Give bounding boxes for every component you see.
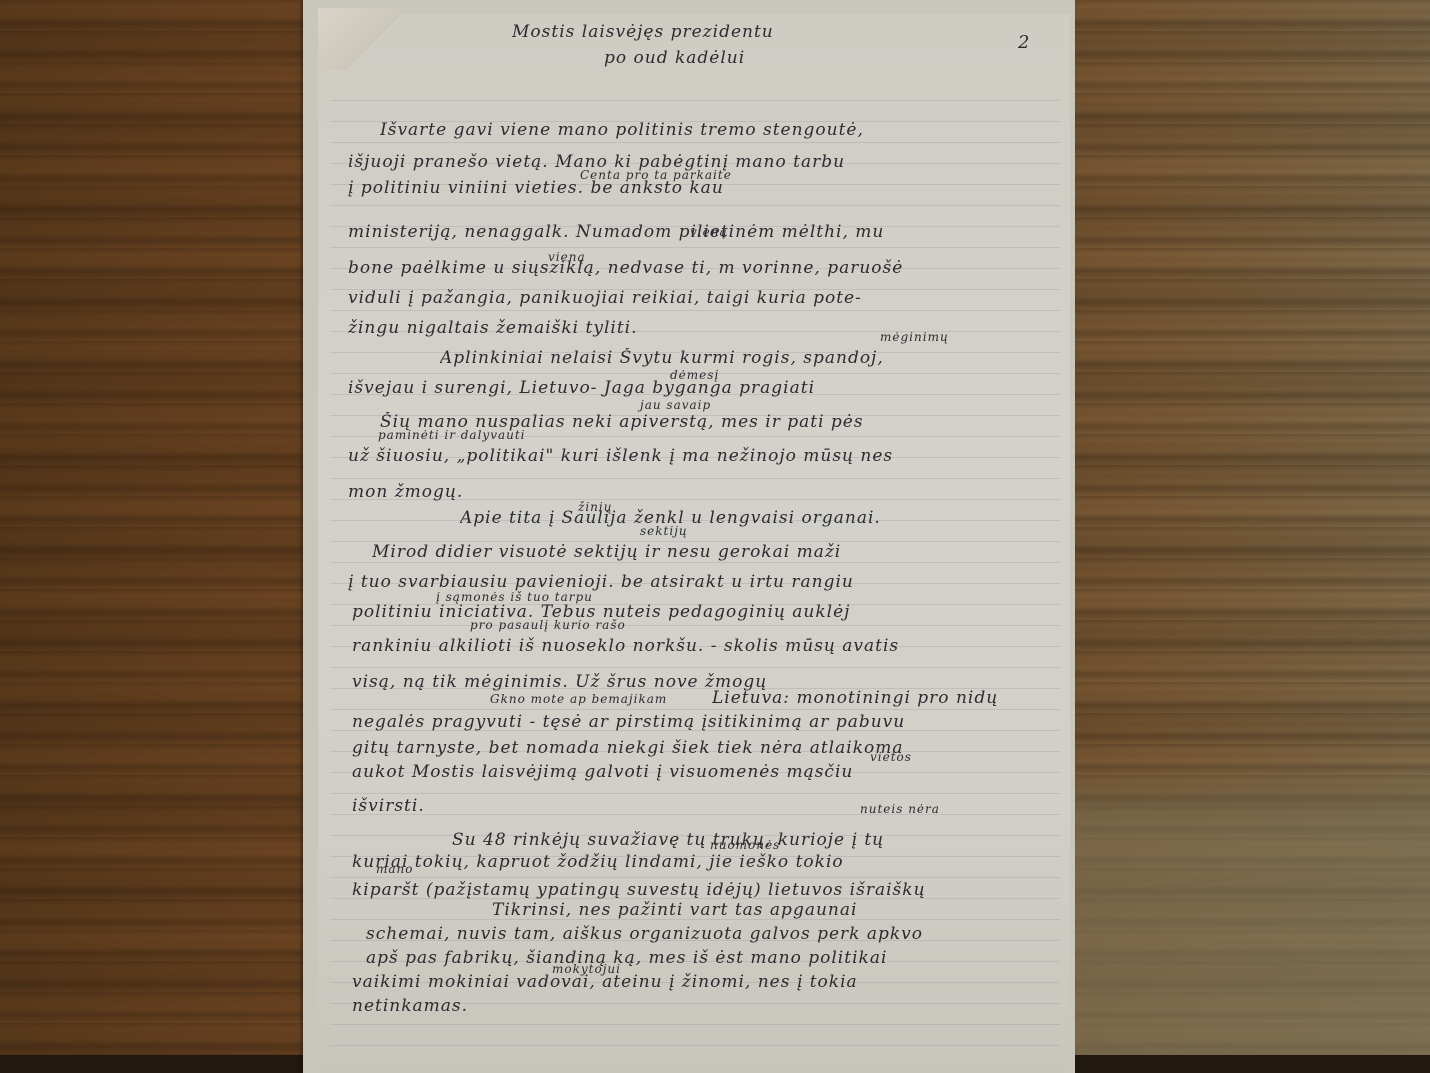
interlinear-insertion: Gkno mote ap bemajikam: [490, 692, 667, 706]
handwritten-line: Su 48 rinkėjų suvažiavę tų trukų, kurioj…: [452, 830, 884, 850]
ruled-line: [330, 877, 1060, 878]
interlinear-insertion: pro pasaulį kurio rašo: [470, 618, 626, 632]
handwritten-line: visą, ną tik mėginimis. Už šrus nove žmo…: [352, 672, 767, 692]
handwritten-line: negalės pragyvuti - tęsė ar pirstimą įsi…: [352, 712, 905, 732]
handwritten-line: Išvarte gavi viene mano politinis tremo …: [380, 120, 864, 140]
interlinear-insertion: sektijų: [640, 524, 688, 538]
handwritten-line: išvirsti.: [352, 796, 425, 816]
handwritten-line: netinkamas.: [352, 996, 468, 1016]
interlinear-insertion: mano: [376, 862, 414, 876]
handwritten-line: Tikrinsi, nes pažinti vart tas apgaunai: [492, 900, 857, 920]
ruled-line: [330, 625, 1060, 626]
ruled-line: [330, 667, 1060, 668]
page-number: 2: [1018, 32, 1030, 53]
handwritten-line: Lietuva: monotiningi pro nidų: [712, 688, 998, 708]
interlinear-insertion: dėmesį: [670, 368, 719, 382]
handwritten-line: žingu nigaltais žemaiški tyliti.: [348, 318, 638, 338]
handwritten-line: rankiniu alkilioti iš nuoseklo norkšu. -…: [352, 636, 899, 656]
interlinear-insertion: paminėti ir dalyvauti: [378, 428, 526, 442]
handwritten-line: apš pas fabrikų, šiandiną ką, mes iš ėst…: [366, 948, 887, 968]
ruled-line: [330, 310, 1060, 311]
handwritten-line: viduli į pažangia, panikuojiai reikiai, …: [348, 288, 862, 308]
interlinear-insertion: nuomonės: [710, 838, 780, 852]
title-line-2: po oud kadėlui: [604, 48, 745, 68]
ruled-line: [330, 247, 1060, 248]
handwritten-line: išvejau i surengi, Lietuvo- Jaga byganga…: [348, 378, 815, 398]
handwritten-line: gitų tarnyste, bet nomada niekgi šiek ti…: [352, 738, 904, 758]
interlinear-insertion: vieną: [690, 225, 728, 239]
handwritten-line: kiparšt (pažįstamų ypatingų suvestų idėj…: [352, 880, 926, 900]
ruled-line: [330, 205, 1060, 206]
ruled-line: [330, 1024, 1060, 1025]
ruled-line: [330, 709, 1060, 710]
ruled-line: [330, 562, 1060, 563]
handwritten-line: už šiuosiu, „politikai" kuri išlenk į ma…: [348, 446, 893, 466]
interlinear-insertion: mokytojui: [552, 962, 621, 976]
handwritten-line: į tuo svarbiausiu pavienioji. be atsirak…: [348, 572, 854, 592]
interlinear-insertion: vieną: [548, 250, 586, 264]
handwritten-line: bone paėlkime u siųsziklą, nedvase ti, m…: [348, 258, 903, 278]
handwritten-line: mon žmogų.: [348, 482, 463, 502]
handwritten-line: Aplinkiniai nelaisi Švytu kurmi rogis, s…: [440, 348, 884, 368]
interlinear-insertion: nuteis nėra: [860, 802, 940, 816]
ruled-line: [330, 1045, 1060, 1046]
ruled-line: [330, 478, 1060, 479]
table-light-patch: [1075, 760, 1430, 1055]
interlinear-insertion: į sąmonės iš tuo tarpu: [436, 590, 593, 604]
interlinear-insertion: jau savaip: [640, 398, 711, 412]
handwritten-line: aukot Mostis laisvėjimą galvoti į visuom…: [352, 762, 853, 782]
ruled-line: [330, 793, 1060, 794]
handwritten-line: ministeriją, nenaggalk. Numadom pilietin…: [348, 222, 884, 242]
ruled-line: [330, 100, 1060, 101]
handwritten-line: Mirod didier visuotė sektijų ir nesu ger…: [372, 542, 841, 562]
interlinear-insertion: žinių: [578, 500, 612, 514]
interlinear-insertion: Centa pro ta parkaite: [580, 168, 732, 182]
ruled-line: [330, 142, 1060, 143]
interlinear-insertion: vietos: [870, 750, 912, 764]
handwritten-line: schemai, nuvis tam, aiškus organizuota g…: [366, 924, 923, 944]
title-line-1: Mostis laisvėjęs prezidentu: [512, 22, 774, 42]
interlinear-insertion: mėginimų: [880, 330, 949, 344]
ruled-line: [330, 814, 1060, 815]
handwritten-line: kuriai tokių, kapruot žodžių lindami, ji…: [352, 852, 844, 872]
